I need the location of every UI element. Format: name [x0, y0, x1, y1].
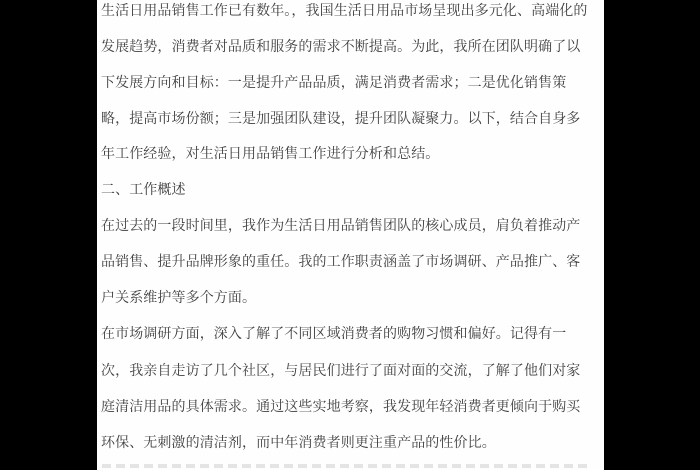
document-line: 下发展方向和目标：一是提升产品品质，满足消费者需求；二是优化销售策: [101, 74, 566, 91]
document-line: 户关系维护等多个方面。: [101, 289, 256, 306]
document-line: 年工作经验，对生活日用品销售工作进行分析和总结。: [101, 145, 439, 162]
section-heading: 二、工作概述: [101, 181, 186, 198]
document-line: 发展趋势，消费者对品质和服务的需求不断提高。为此，我所在团队明确了以: [101, 38, 580, 55]
screenshot-stage: 生活日用品销售工作已有数年。，我国生活日用品市场呈现出多元化、高端化的 发展趋势…: [0, 0, 700, 470]
letterbox-left-bar: [0, 0, 97, 470]
document-line: 在过去的一段时间里，我作为生活日用品销售团队的核心成员，肩负着推动产: [101, 217, 580, 234]
letterbox-right-bar: [604, 0, 700, 470]
cut-off-text-line: [102, 464, 588, 468]
document-page: 生活日用品销售工作已有数年。，我国生活日用品市场呈现出多元化、高端化的 发展趋势…: [97, 0, 604, 470]
document-line: 庭清洁用品的具体需求。通过这些实地考察，我发现年轻消费者更倾向于购买: [101, 398, 580, 415]
document-line: 环保、无刺激的清洁剂，而中年消费者则更注重产品的性价比。: [101, 434, 496, 451]
document-line: 品销售、提升品牌形象的重任。我的工作职责涵盖了市场调研、产品推广、客: [101, 253, 580, 270]
document-line: 次，我亲自走访了几个社区，与居民们进行了面对面的交流，了解了他们对家: [101, 362, 580, 379]
document-line: 在市场调研方面，深入了解了不同区域消费者的购物习惯和偏好。记得有一: [101, 325, 566, 342]
document-line: 生活日用品销售工作已有数年。，我国生活日用品市场呈现出多元化、高端化的: [101, 2, 588, 19]
document-line: 略，提高市场份额；三是加强团队建设，提升团队凝聚力。以下，结合自身多: [101, 110, 580, 127]
